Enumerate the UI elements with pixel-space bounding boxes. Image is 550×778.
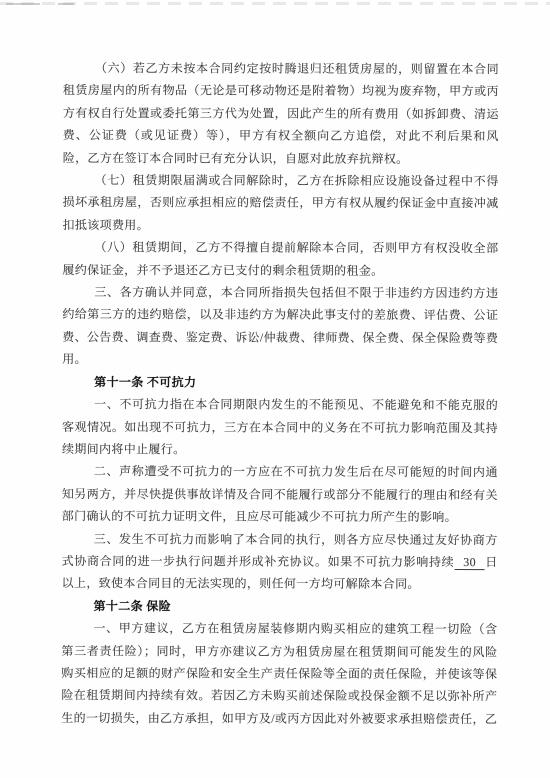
force-majeure-notice-paragraph: 二、声称遭受不可抗力的一方应在不可抗力发生后在尽可能短的时间内通知另两方，并尽快…	[62, 460, 498, 528]
scan-speck	[58, 3, 74, 5]
scanned-contract-page: （六）若乙方未按本合同约定按时腾退归还租赁房屋的，则留置在本合同租赁房屋内的所有…	[0, 0, 550, 778]
losses-definition-paragraph: 三、各方确认并同意，本合同所指损失包括但不限于非违约方因违约方违约给第三方的违约…	[62, 281, 498, 372]
scan-edge-artifact	[0, 2, 550, 5]
contract-text-block: （六）若乙方未按本合同约定按时腾退归还租赁房屋的，则留置在本合同租赁房屋内的所有…	[61, 57, 499, 730]
article-11-heading: 第十一条 不可抗力	[62, 371, 498, 395]
force-majeure-termination-paragraph: 三、发生不可抗力而影响了本合同的执行，则各方应尽快通过友好协商方式协商合同的进一…	[62, 528, 498, 596]
force-majeure-definition-paragraph: 一、不可抗力指在本合同期限内发生的不能预见、不能避免和不能克服的客观情况。如出现…	[62, 393, 498, 461]
clause-8-paragraph: （八）租赁期间，乙方不得擅自提前解除本合同，否则甲方有权没收全部履约保证金，并不…	[62, 236, 498, 282]
clause-6-paragraph: （六）若乙方未按本合同约定按时腾退归还租赁房屋的，则留置在本合同租赁房屋内的所有…	[63, 57, 499, 170]
article-12-heading: 第十二条 保险	[62, 595, 498, 619]
termination-text-before-blank: 三、发生不可抗力而影响了本合同的执行，则各方应尽快通过友好协商方式协商合同的进一…	[62, 532, 498, 569]
clause-7-paragraph: （七）租赁期限届满或合同解除时，乙方在拆除相应设施设备过程中不得损坏承租房屋，否…	[63, 169, 499, 237]
scan-speck	[6, 3, 40, 5]
force-majeure-days-blank: 30	[454, 555, 485, 570]
insurance-recommendation-paragraph: 一、甲方建议，乙方在租赁房屋装修期内购买相应的建筑工程一切险（含第三者责任险）；…	[61, 617, 497, 730]
